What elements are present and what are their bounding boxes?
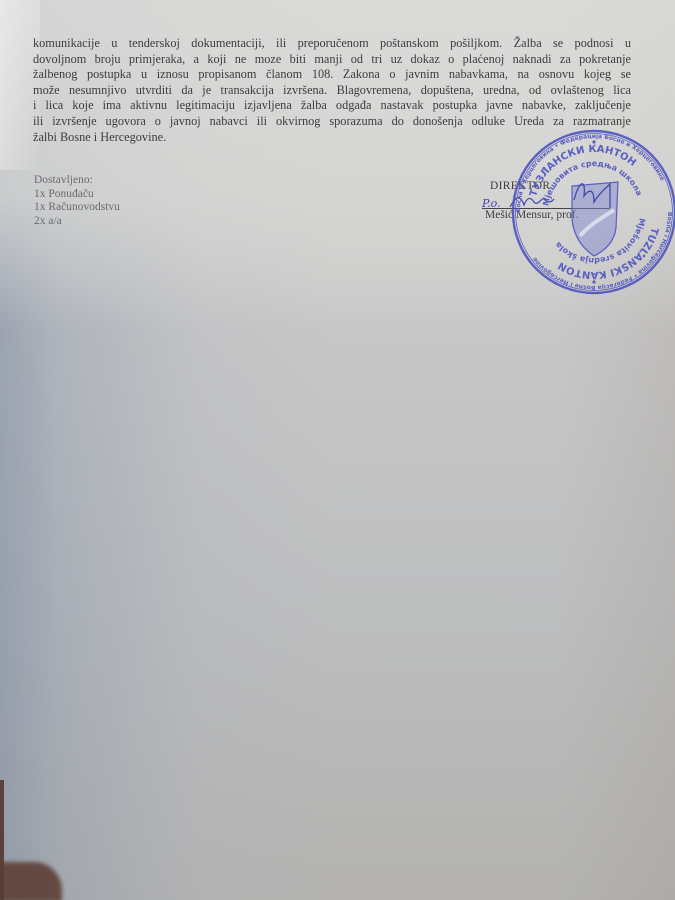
paragraph-line: dovoljnom broju primjeraka, a koji ne mo… bbox=[33, 52, 631, 68]
paragraph-line: i lica koje ima aktivnu legitimaciju izj… bbox=[33, 98, 631, 114]
official-stamp-icon: Босна и Херцеговина • Федерација Босне и… bbox=[510, 128, 675, 296]
delivery-list: Dostavljeno: 1x Ponuđaču 1x Računovodstv… bbox=[34, 174, 120, 228]
delivery-recipient: 2x a/a bbox=[34, 215, 120, 229]
delivery-recipient: 1x Računovodstvu bbox=[34, 201, 120, 215]
paragraph-line: komunikacije u tenderskoj dokumentaciji,… bbox=[33, 36, 631, 52]
delivery-heading: Dostavljeno: bbox=[34, 174, 120, 188]
paragraph-line: može nesumnjivo utvrditi da je transakci… bbox=[33, 83, 631, 99]
delivery-recipient: 1x Ponuđaču bbox=[34, 188, 120, 202]
paragraph-line: žalbenog postupka u iznosu propisanom čl… bbox=[33, 67, 631, 83]
